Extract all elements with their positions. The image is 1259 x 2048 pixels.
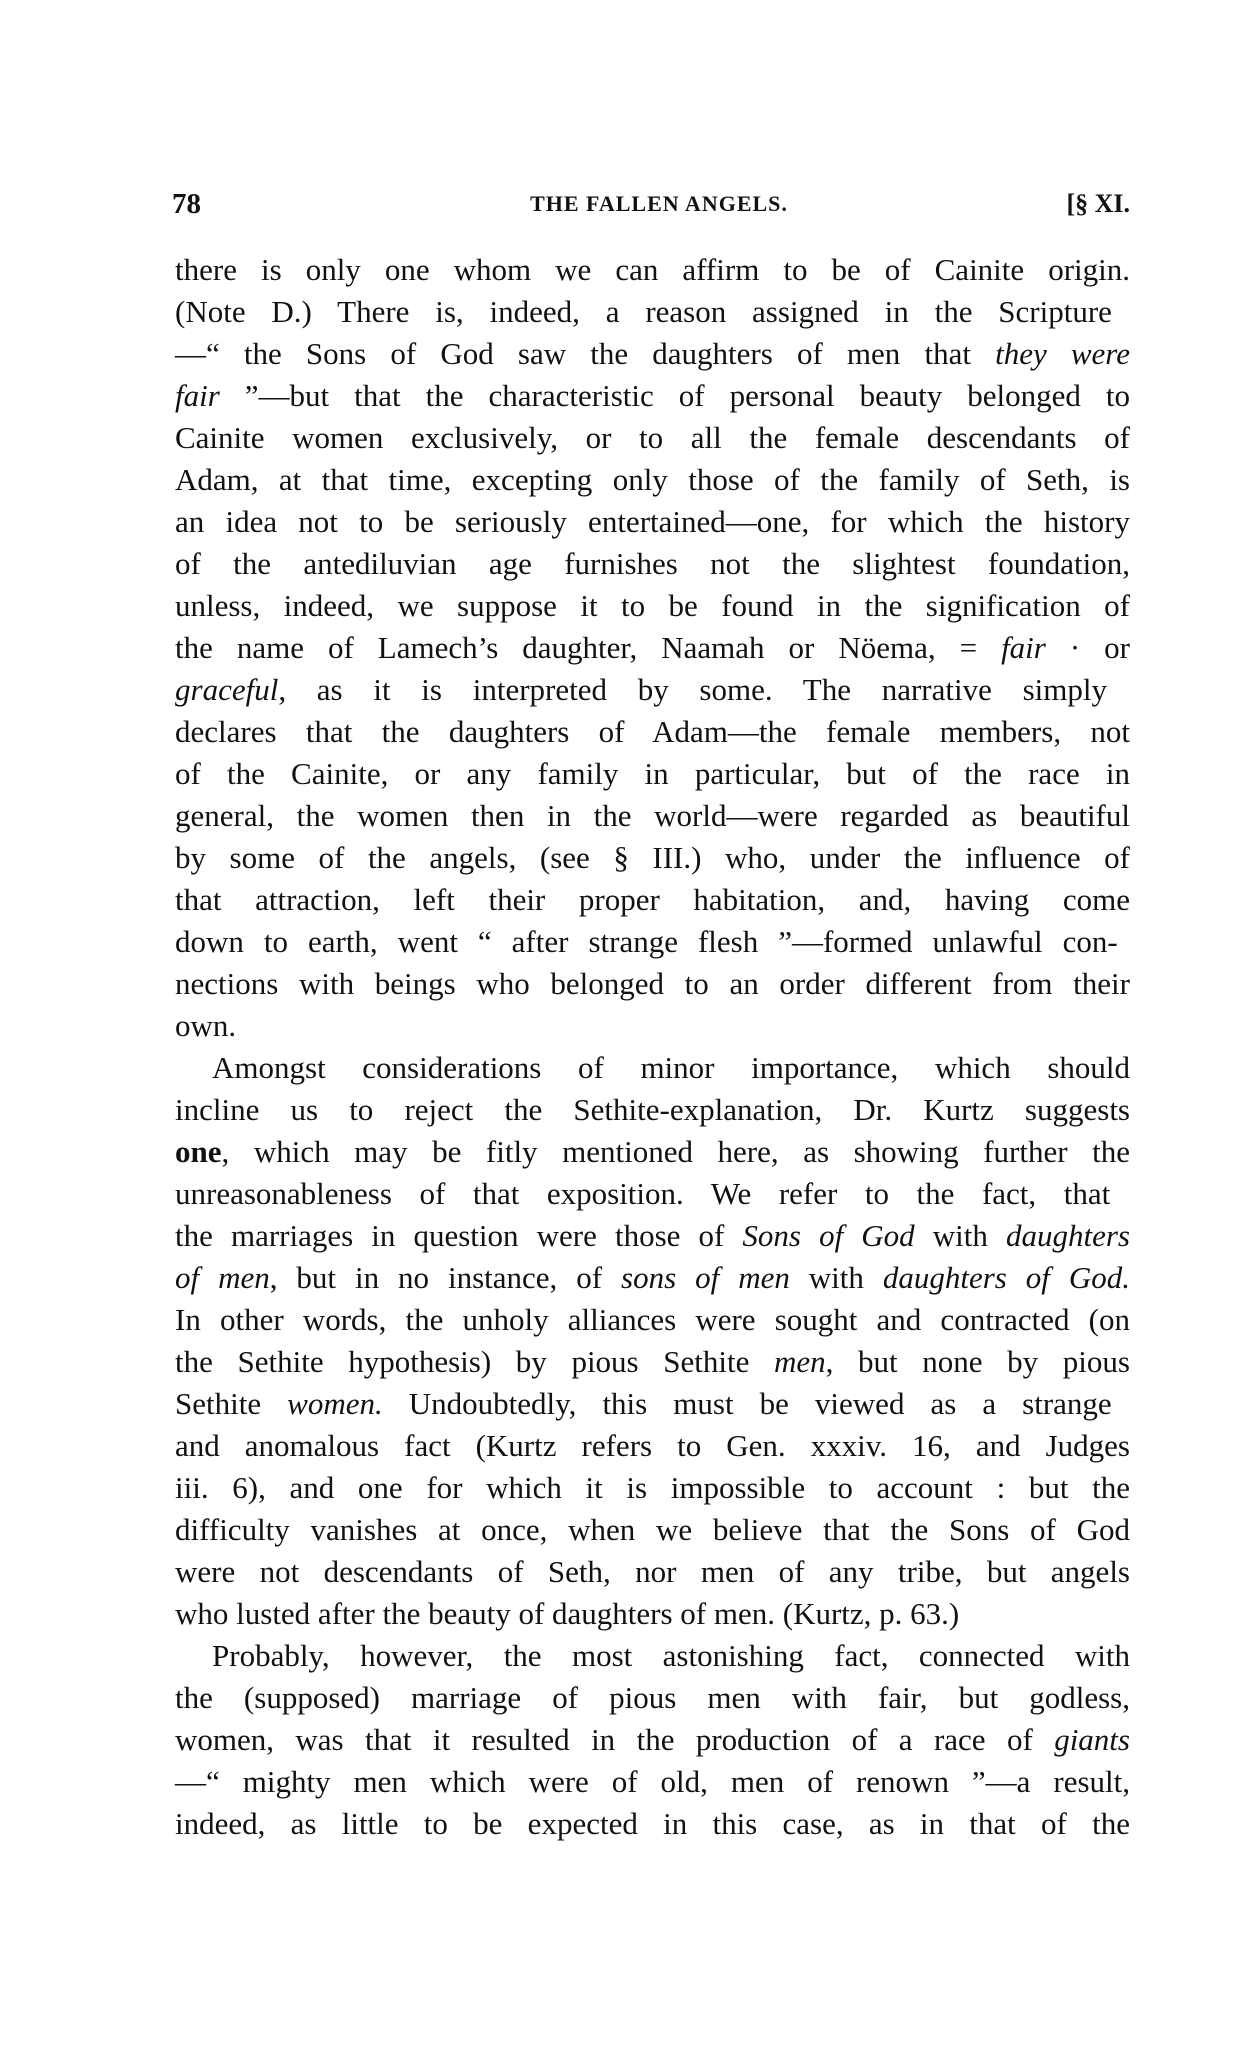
text-segment: by some of the angels, (see § III.) who,…	[175, 840, 1130, 875]
text-line: own.	[175, 1005, 1130, 1047]
text-segment: , but in no instance, of	[270, 1260, 621, 1295]
book-page: 78 THE FALLEN ANGELS. [§ XI. there is on…	[0, 0, 1259, 2048]
text-segment: Amongst considerations of minor importan…	[212, 1050, 1130, 1085]
section-marker: [§ XI.	[1066, 186, 1130, 222]
text-segment: Undoubtedly, this must be viewed as a st…	[383, 1386, 1112, 1421]
italic-text: daughters	[1006, 1218, 1130, 1253]
text-line: nections with beings who belonged to an …	[175, 963, 1130, 1005]
text-line: Probably, however, the most astonishing …	[175, 1635, 1130, 1677]
paragraph: Probably, however, the most astonishing …	[175, 1635, 1130, 1845]
italic-text: of men	[175, 1260, 270, 1295]
text-segment: the marriages in question were those of	[175, 1218, 742, 1253]
text-segment: Adam, at that time, excepting only those…	[175, 462, 1130, 497]
text-line: Adam, at that time, excepting only those…	[175, 459, 1130, 501]
text-line: —“ the Sons of God saw the daughters of …	[175, 333, 1130, 375]
text-segment: declares that the daughters of Adam—the …	[175, 714, 1130, 749]
text-line: women, was that it resulted in the produ…	[175, 1719, 1130, 1761]
text-segment: of the Cainite, or any family in particu…	[175, 756, 1130, 791]
text-line: incline us to reject the Sethite-explana…	[175, 1089, 1130, 1131]
text-segment: general, the women then in the world—wer…	[175, 798, 1130, 833]
running-title: THE FALLEN ANGELS.	[172, 186, 1132, 222]
text-segment: women, was that it resulted in the produ…	[175, 1722, 1054, 1757]
text-line: by some of the angels, (see § III.) who,…	[175, 837, 1130, 879]
text-segment: , as it is interpreted by some. The narr…	[278, 672, 1107, 707]
text-line: unless, indeed, we suppose it to be foun…	[175, 585, 1130, 627]
text-segment: down to earth, went “ after strange fles…	[175, 924, 1118, 959]
text-segment: difficulty vanishes at once, when we bel…	[175, 1512, 1130, 1547]
text-line: general, the women then in the world—wer…	[175, 795, 1130, 837]
body-text: there is only one whom we can affirm to …	[175, 249, 1130, 1845]
text-segment: the Sethite hypothesis) by pious Sethite	[175, 1344, 774, 1379]
text-line: there is only one whom we can affirm to …	[175, 249, 1130, 291]
text-line: one, which may be fitly mentioned here, …	[175, 1131, 1130, 1173]
text-line: difficulty vanishes at once, when we bel…	[175, 1509, 1130, 1551]
text-segment: with	[790, 1260, 883, 1295]
bold-text: one	[175, 1134, 222, 1169]
italic-text: women.	[287, 1386, 383, 1421]
italic-text: fair	[1001, 630, 1046, 665]
text-segment: of the antediluvian age furnishes not th…	[175, 546, 1130, 581]
text-segment: —“ mighty men which were of old, men of …	[175, 1764, 1130, 1799]
running-head: 78 THE FALLEN ANGELS. [§ XI.	[172, 186, 1132, 222]
text-segment: nections with beings who belonged to an …	[175, 966, 1130, 1001]
italic-text: graceful	[175, 672, 278, 707]
text-segment: indeed, as little to be expected in this…	[175, 1806, 1130, 1841]
text-segment: , but none by pious	[826, 1344, 1130, 1379]
text-segment: · or	[1046, 630, 1130, 665]
text-segment: an idea not to be seriously entertained—…	[175, 504, 1130, 539]
text-segment: who lusted after the beauty of daughters…	[175, 1596, 959, 1631]
paragraph: there is only one whom we can affirm to …	[175, 249, 1130, 1047]
text-segment: iii. 6), and one for which it is impossi…	[175, 1470, 1130, 1505]
text-segment: —“ the Sons of God saw the daughters of …	[175, 336, 995, 371]
text-line: Cainite women exclusively, or to all the…	[175, 417, 1130, 459]
italic-text: daughters of God.	[883, 1260, 1130, 1295]
text-segment: incline us to reject the Sethite-explana…	[175, 1092, 1130, 1127]
text-line: the name of Lamech’s daughter, Naamah or…	[175, 627, 1130, 669]
text-line: (Note D.) There is, indeed, a reason ass…	[175, 291, 1130, 333]
text-line: iii. 6), and one for which it is impossi…	[175, 1467, 1130, 1509]
text-line: the (supposed) marriage of pious men wit…	[175, 1677, 1130, 1719]
text-segment: ”—but that the characteristic of persona…	[220, 378, 1130, 413]
text-segment: there is only one whom we can affirm to …	[175, 252, 1130, 287]
text-line: down to earth, went “ after strange fles…	[175, 921, 1130, 963]
text-line: the marriages in question were those of …	[175, 1215, 1130, 1257]
text-line: of men, but in no instance, of sons of m…	[175, 1257, 1130, 1299]
text-line: the Sethite hypothesis) by pious Sethite…	[175, 1341, 1130, 1383]
text-segment: and anomalous fact (Kurtz refers to Gen.…	[175, 1428, 1130, 1463]
italic-text: Sons of God	[742, 1218, 914, 1253]
paragraph: Amongst considerations of minor importan…	[175, 1047, 1130, 1635]
text-segment: unless, indeed, we suppose it to be foun…	[175, 588, 1130, 623]
text-line: unreasonableness of that exposition. We …	[175, 1173, 1130, 1215]
text-line: declares that the daughters of Adam—the …	[175, 711, 1130, 753]
italic-text: men	[774, 1344, 826, 1379]
text-segment: the name of Lamech’s daughter, Naamah or…	[175, 630, 1001, 665]
text-line: graceful, as it is interpreted by some. …	[175, 669, 1130, 711]
text-segment: In other words, the unholy alliances wer…	[175, 1302, 1130, 1337]
text-segment: unreasonableness of that exposition. We …	[175, 1176, 1110, 1211]
text-segment: (Note D.) There is, indeed, a reason ass…	[175, 294, 1112, 329]
italic-text: sons of men	[621, 1260, 790, 1295]
text-line: fair ”—but that the characteristic of pe…	[175, 375, 1130, 417]
text-line: an idea not to be seriously entertained—…	[175, 501, 1130, 543]
text-segment: with	[915, 1218, 1006, 1253]
text-segment: , which may be fitly mentioned here, as …	[222, 1134, 1131, 1169]
text-segment: own.	[175, 1008, 236, 1043]
italic-text: they were	[995, 336, 1130, 371]
text-line: —“ mighty men which were of old, men of …	[175, 1761, 1130, 1803]
text-line: of the Cainite, or any family in particu…	[175, 753, 1130, 795]
text-line: Amongst considerations of minor importan…	[175, 1047, 1130, 1089]
text-line: Sethite women. Undoubtedly, this must be…	[175, 1383, 1130, 1425]
text-segment: were not descendants of Seth, nor men of…	[175, 1554, 1130, 1589]
italic-text: fair	[175, 378, 220, 413]
text-line: In other words, the unholy alliances wer…	[175, 1299, 1130, 1341]
text-line: were not descendants of Seth, nor men of…	[175, 1551, 1130, 1593]
text-line: of the antediluvian age furnishes not th…	[175, 543, 1130, 585]
text-segment: that attraction, left their proper habit…	[175, 882, 1130, 917]
text-line: who lusted after the beauty of daughters…	[175, 1593, 1130, 1635]
italic-text: giants	[1054, 1722, 1130, 1757]
text-segment: Probably, however, the most astonishing …	[212, 1638, 1130, 1673]
text-line: that attraction, left their proper habit…	[175, 879, 1130, 921]
text-segment: Cainite women exclusively, or to all the…	[175, 420, 1130, 455]
text-line: indeed, as little to be expected in this…	[175, 1803, 1130, 1845]
text-segment: the (supposed) marriage of pious men wit…	[175, 1680, 1130, 1715]
text-segment: Sethite	[175, 1386, 287, 1421]
text-line: and anomalous fact (Kurtz refers to Gen.…	[175, 1425, 1130, 1467]
